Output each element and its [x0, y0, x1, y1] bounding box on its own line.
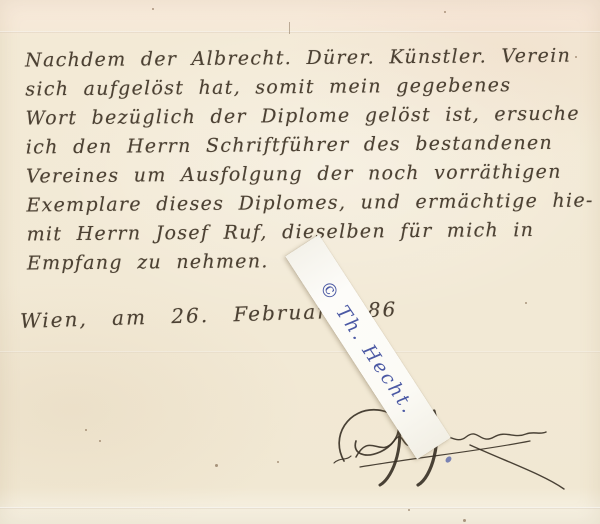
- document-scan: Nachdem der Albrecht. Dürer. Künstler. V…: [0, 0, 600, 524]
- foxing-spot: [575, 56, 577, 58]
- foxing-spot: [85, 429, 87, 431]
- foxing-spot: [463, 519, 466, 522]
- foxing-spot: [444, 11, 446, 13]
- foxing-spot: [408, 509, 410, 511]
- signature-flourish: [330, 397, 578, 495]
- crease-tick: [289, 22, 290, 34]
- foxing-spot: [152, 8, 154, 10]
- foxing-spot: [215, 464, 218, 467]
- crease-line: [0, 351, 600, 353]
- crease-line: [0, 507, 600, 509]
- foxing-spot: [99, 440, 101, 442]
- foxing-spot: [525, 302, 527, 304]
- foxing-spot: [277, 461, 279, 463]
- crease-line: [0, 31, 600, 33]
